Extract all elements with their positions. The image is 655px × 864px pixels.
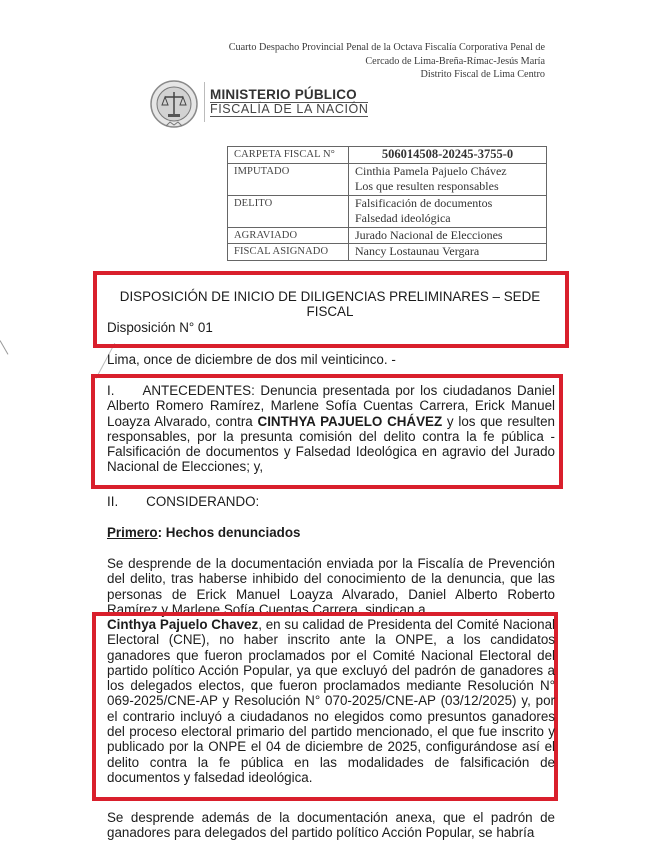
institution-logo: MINISTERIO PÚBLICO FISCALÍA DE LA NACIÓN: [210, 88, 368, 117]
case-info-table: CARPETA FISCAL N° 506014508-20245-3755-0…: [227, 146, 547, 261]
table-row: CARPETA FISCAL N° 506014508-20245-3755-0: [228, 147, 547, 164]
document-title: DISPOSICIÓN DE INICIO DE DILIGENCIAS PRE…: [100, 289, 560, 319]
crime-1: Falsificación de documentos: [355, 196, 540, 212]
primero-label: Primero: [107, 525, 158, 540]
table-row: AGRAVIADO Jurado Nacional de Elecciones: [228, 227, 547, 244]
primero-title: : Hechos denunciados: [158, 525, 301, 540]
accused-name-bold: Cinthya Pajuelo Chavez: [107, 617, 258, 632]
antecedentes-paragraph: I.ANTECEDENTES: Denuncia presentada por …: [107, 383, 555, 475]
accused-name: Cinthia Pamela Pajuelo Chávez: [355, 164, 540, 180]
accused-others: Los que resulten responsables: [355, 179, 540, 195]
facts-paragraph-1: Se desprende de la documentación enviada…: [107, 556, 555, 617]
table-row: DELITO Falsificación de documentos False…: [228, 195, 547, 227]
office-line: Distrito Fiscal de Lima Centro: [229, 68, 545, 82]
accused-name-bold: CINTHYA PAJUELO CHÁVEZ: [258, 414, 443, 429]
accused-value: Cinthia Pamela Pajuelo Chávez Los que re…: [349, 163, 547, 195]
table-row: IMPUTADO Cinthia Pamela Pajuelo Chávez L…: [228, 163, 547, 195]
aggrieved-value: Jurado Nacional de Elecciones: [349, 227, 547, 244]
facts-paragraph-2: Cinthya Pajuelo Chavez, en su calidad de…: [107, 617, 555, 785]
crime-value: Falsificación de documentos Falsedad ide…: [349, 195, 547, 227]
office-line: Cuarto Despacho Provincial Penal de la O…: [229, 41, 545, 55]
facts-text: , en su calidad de Presidenta del Comité…: [107, 617, 555, 785]
scales-of-justice-seal-icon: [148, 78, 200, 130]
institution-subtitle: FISCALÍA DE LA NACIÓN: [210, 103, 368, 117]
crime-2: Falsedad ideológica: [355, 211, 540, 227]
facts-paragraph-3: Se desprende además de la documentación …: [107, 810, 555, 841]
logo-divider: [204, 82, 205, 122]
prosecutor-label: FISCAL ASIGNADO: [228, 244, 349, 261]
table-row: FISCAL ASIGNADO Nancy Lostaunau Vergara: [228, 244, 547, 261]
case-number-label: CARPETA FISCAL N°: [228, 147, 349, 164]
section-numeral: II.: [107, 494, 118, 509]
office-header: Cuarto Despacho Provincial Penal de la O…: [229, 41, 545, 82]
crime-label: DELITO: [228, 195, 349, 227]
section-numeral: I.: [107, 383, 114, 398]
accused-label: IMPUTADO: [228, 163, 349, 195]
aggrieved-label: AGRAVIADO: [228, 227, 349, 244]
institution-name: MINISTERIO PÚBLICO: [210, 88, 368, 103]
disposition-number: Disposición N° 01: [107, 320, 213, 335]
office-line: Cercado de Lima-Breña-Rímac-Jesús María: [229, 55, 545, 69]
section-heading: CONSIDERANDO:: [146, 494, 259, 509]
considerando-heading: II.CONSIDERANDO:: [107, 494, 555, 509]
primero-heading: Primero: Hechos denunciados: [107, 525, 555, 540]
prosecutor-value: Nancy Lostaunau Vergara: [349, 244, 547, 261]
section-heading: ANTECEDENTES:: [142, 383, 254, 398]
case-number-value: 506014508-20245-3755-0: [349, 147, 547, 164]
pen-mark: [0, 340, 8, 354]
date-line: Lima, once de diciembre de dos mil veint…: [107, 352, 555, 367]
